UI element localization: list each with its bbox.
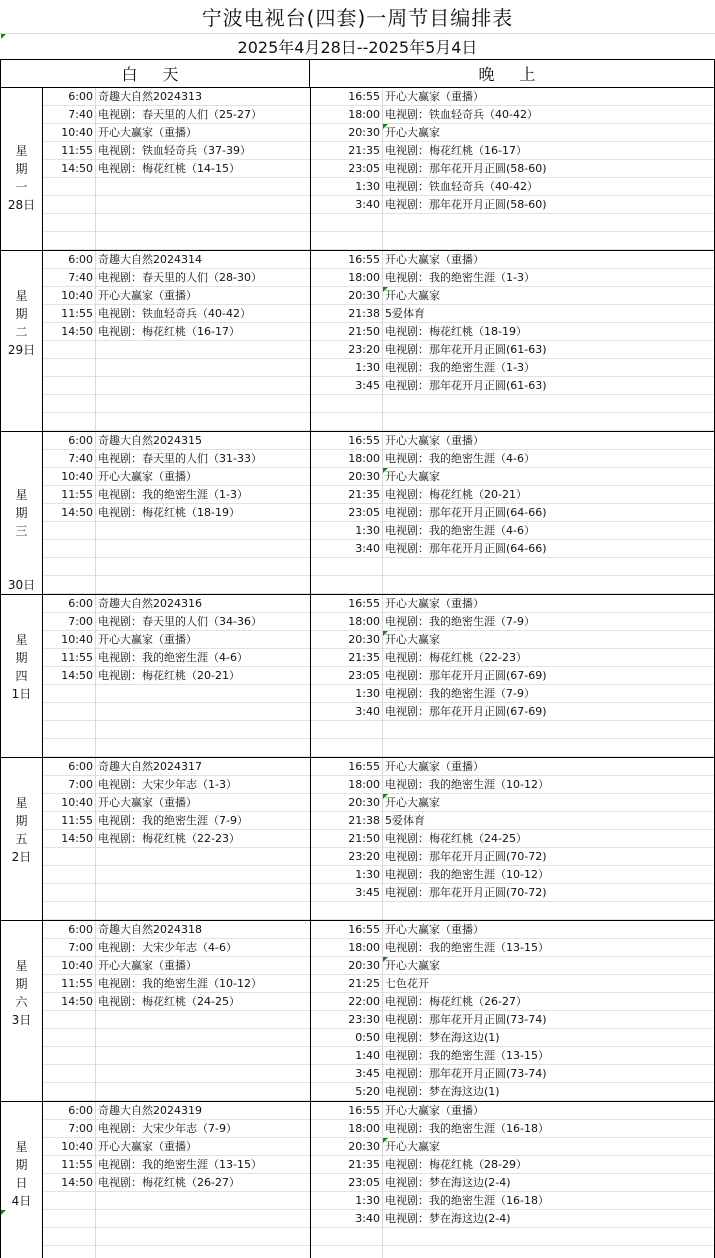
program-name: 电视剧：那年花开月正圆(58-60) (385, 198, 547, 211)
program-cell[interactable]: 开心大赢家（重播） (96, 468, 310, 486)
time-cell[interactable]: 6:00 (43, 1102, 95, 1120)
program-cell[interactable]: 电视剧：梅花红桃（22-23） (383, 649, 714, 667)
time-cell[interactable]: 16:55 (311, 1102, 382, 1120)
empty-cell[interactable] (383, 1228, 714, 1246)
program-cell[interactable]: 电视剧：我的绝密生涯（1-3） (383, 359, 714, 377)
program-cell[interactable]: 电视剧：大宋少年志（1-3） (96, 776, 310, 794)
program-cell[interactable]: 电视剧：我的绝密生涯（10-12） (383, 776, 714, 794)
empty-cell[interactable] (43, 1246, 95, 1258)
program-cell[interactable]: 电视剧：那年花开月正圆(70-72) (383, 848, 714, 866)
program-name: 奇趣大自然2024313 (98, 90, 202, 103)
time-cell[interactable]: 11:55 (43, 305, 95, 323)
empty-cell[interactable] (311, 721, 382, 739)
program-cell[interactable]: 电视剧：我的绝密生涯（7-9） (383, 685, 714, 703)
empty-cell[interactable] (96, 522, 310, 540)
program-cell[interactable]: 电视剧：梅花红桃（20-21） (383, 486, 714, 504)
empty-cell[interactable] (96, 1246, 310, 1258)
empty-cell[interactable] (96, 558, 310, 576)
empty-cell[interactable] (96, 884, 310, 902)
program-cell[interactable]: 开心大赢家（重播） (383, 758, 714, 776)
program-cell[interactable]: 开心大赢家 (383, 124, 714, 142)
time-cell[interactable]: 1:30 (311, 522, 382, 540)
empty-cell[interactable] (43, 522, 95, 540)
time-cell[interactable]: 16:55 (311, 595, 382, 613)
empty-cell[interactable] (96, 178, 310, 196)
program-cell[interactable]: 电视剧：梅花红桃（28-29） (383, 1156, 714, 1174)
empty-cell[interactable] (43, 196, 95, 214)
program-cell[interactable]: 开心大赢家（重播） (96, 794, 310, 812)
program-cell[interactable]: 电视剧：梅花红桃（24-25） (96, 993, 310, 1011)
time-cell[interactable]: 21:25 (311, 975, 382, 993)
time-text: 20:30 (348, 289, 380, 302)
time-text: 20:30 (348, 1140, 380, 1153)
empty-cell[interactable] (96, 395, 310, 413)
program-name: 电视剧：那年花开月正圆(73-74) (385, 1067, 547, 1080)
program-cell[interactable]: 奇趣大自然2024316 (96, 595, 310, 613)
time-text: 21:35 (348, 1158, 380, 1171)
empty-cell[interactable] (383, 1246, 714, 1258)
time-cell[interactable]: 10:40 (43, 957, 95, 975)
empty-cell[interactable] (96, 685, 310, 703)
program-cell[interactable]: 开心大赢家（重播） (383, 251, 714, 269)
empty-cell[interactable] (96, 721, 310, 739)
empty-cell[interactable] (43, 540, 95, 558)
program-cell[interactable]: 开心大赢家（重播） (96, 1138, 310, 1156)
empty-cell[interactable] (383, 721, 714, 739)
time-text: 3:40 (355, 705, 380, 718)
time-cell[interactable]: 3:45 (311, 884, 382, 902)
program-name: 电视剧：我的绝密生涯（13-15） (385, 941, 549, 954)
time-cell[interactable]: 16:55 (311, 432, 382, 450)
time-cell[interactable]: 11:55 (43, 975, 95, 993)
empty-cell[interactable] (43, 721, 95, 739)
empty-cell[interactable] (96, 866, 310, 884)
time-cell[interactable]: 21:35 (311, 142, 382, 160)
time-cell[interactable]: 22:00 (311, 993, 382, 1011)
empty-cell[interactable] (96, 1029, 310, 1047)
time-cell[interactable]: 3:45 (311, 377, 382, 395)
time-cell[interactable]: 18:00 (311, 1120, 382, 1138)
empty-cell[interactable] (383, 232, 714, 250)
time-cell[interactable]: 7:00 (43, 613, 95, 631)
time-cell[interactable]: 3:40 (311, 196, 382, 214)
time-cell[interactable]: 3:40 (311, 703, 382, 721)
empty-cell[interactable] (43, 214, 95, 232)
program-cell[interactable]: 电视剧：那年花开月正圆(73-74) (383, 1011, 714, 1029)
time-cell[interactable]: 21:35 (311, 649, 382, 667)
time-cell[interactable]: 16:55 (311, 921, 382, 939)
time-cell[interactable]: 23:05 (311, 1174, 382, 1192)
time-cell[interactable]: 14:50 (43, 504, 95, 522)
time-cell[interactable]: 21:35 (311, 1156, 382, 1174)
time-cell[interactable]: 1:40 (311, 1047, 382, 1065)
program-cell[interactable]: 电视剧：我的绝密生涯（7-9） (96, 812, 310, 830)
program-cell[interactable]: 电视剧：那年花开月正圆(58-60) (383, 160, 714, 178)
time-cell[interactable]: 20:30 (311, 631, 382, 649)
program-cell[interactable]: 电视剧：梦在海这边(2-4) (383, 1210, 714, 1228)
program-cell[interactable]: 电视剧：铁血轻奇兵（37-39） (96, 142, 310, 160)
time-cell[interactable]: 11:55 (43, 649, 95, 667)
time-cell[interactable]: 18:00 (311, 939, 382, 957)
time-cell[interactable]: 11:55 (43, 142, 95, 160)
time-cell[interactable]: 16:55 (311, 251, 382, 269)
program-cell[interactable]: 开心大赢家（重播） (383, 595, 714, 613)
time-cell[interactable]: 10:40 (43, 631, 95, 649)
program-cell[interactable]: 开心大赢家（重播） (96, 631, 310, 649)
program-cell[interactable]: 电视剧：那年花开月正圆(67-69) (383, 703, 714, 721)
time-text: 20:30 (348, 126, 380, 139)
program-cell[interactable]: 奇趣大自然2024314 (96, 251, 310, 269)
program-name: 开心大赢家 (385, 1140, 440, 1153)
program-name: 开心大赢家（重播） (98, 633, 197, 646)
program-name: 开心大赢家（重播） (98, 1140, 197, 1153)
time-cell[interactable]: 23:05 (311, 504, 382, 522)
empty-cell[interactable] (311, 395, 382, 413)
empty-cell[interactable] (311, 232, 382, 250)
time-cell[interactable]: 3:40 (311, 540, 382, 558)
empty-cell[interactable] (311, 214, 382, 232)
empty-cell[interactable] (96, 739, 310, 757)
program-cell[interactable]: 电视剧：那年花开月正圆(61-63) (383, 377, 714, 395)
empty-cell[interactable] (43, 377, 95, 395)
empty-cell[interactable] (96, 540, 310, 558)
empty-cell[interactable] (311, 413, 382, 431)
time-cell[interactable]: 7:40 (43, 106, 95, 124)
evening-program-column: 开心大赢家（重播）电视剧：我的绝密生涯（1-3）开心大赢家5爱体育电视剧：梅花红… (383, 251, 714, 431)
time-cell[interactable]: 6:00 (43, 88, 95, 106)
empty-cell[interactable] (43, 703, 95, 721)
time-cell[interactable]: 6:00 (43, 432, 95, 450)
empty-cell[interactable] (43, 232, 95, 250)
time-cell[interactable]: 14:50 (43, 160, 95, 178)
time-cell[interactable]: 21:50 (311, 323, 382, 341)
program-cell[interactable]: 电视剧：我的绝密生涯（1-3） (96, 486, 310, 504)
program-name: 电视剧：春天里的人们（28-30） (98, 271, 262, 284)
empty-cell[interactable] (383, 395, 714, 413)
program-cell[interactable]: 开心大赢家（重播） (96, 957, 310, 975)
program-cell[interactable]: 电视剧：春天里的人们（28-30） (96, 269, 310, 287)
empty-cell[interactable] (96, 341, 310, 359)
empty-cell[interactable] (43, 1228, 95, 1246)
empty-cell[interactable] (311, 576, 382, 594)
program-cell[interactable]: 电视剧：我的绝密生涯（10-12） (383, 866, 714, 884)
empty-cell[interactable] (43, 739, 95, 757)
weekday-char: 星 (1, 486, 42, 504)
program-name: 电视剧：梅花红桃（14-15） (98, 162, 240, 175)
program-cell[interactable]: 七色花开 (383, 975, 714, 993)
time-cell[interactable]: 10:40 (43, 1138, 95, 1156)
empty-cell[interactable] (96, 1228, 310, 1246)
program-cell[interactable]: 奇趣大自然2024313 (96, 88, 310, 106)
empty-cell[interactable] (311, 1228, 382, 1246)
program-cell[interactable]: 电视剧：那年花开月正圆(64-66) (383, 540, 714, 558)
empty-cell[interactable] (96, 196, 310, 214)
program-cell[interactable]: 奇趣大自然2024318 (96, 921, 310, 939)
time-cell[interactable]: 23:20 (311, 341, 382, 359)
time-text: 10:40 (61, 126, 93, 139)
time-cell[interactable]: 0:50 (311, 1029, 382, 1047)
time-cell[interactable]: 6:00 (43, 758, 95, 776)
program-cell[interactable]: 奇趣大自然2024315 (96, 432, 310, 450)
time-cell[interactable]: 7:40 (43, 450, 95, 468)
program-cell[interactable]: 奇趣大自然2024319 (96, 1102, 310, 1120)
empty-cell[interactable] (43, 413, 95, 431)
empty-cell[interactable] (96, 1047, 310, 1065)
cell-comment-marker-icon (383, 124, 388, 129)
empty-cell[interactable] (43, 884, 95, 902)
empty-cell[interactable] (43, 1029, 95, 1047)
time-cell[interactable]: 16:55 (311, 758, 382, 776)
program-cell[interactable]: 电视剧：大宋少年志（4-6） (96, 939, 310, 957)
program-cell[interactable]: 电视剧：那年花开月正圆(58-60) (383, 196, 714, 214)
empty-cell[interactable] (43, 1083, 95, 1101)
program-cell[interactable]: 奇趣大自然2024317 (96, 758, 310, 776)
empty-cell[interactable] (383, 576, 714, 594)
empty-cell[interactable] (43, 1210, 95, 1228)
program-cell[interactable]: 电视剧：我的绝密生涯（16-18） (383, 1120, 714, 1138)
time-cell[interactable]: 1:30 (311, 866, 382, 884)
program-cell[interactable]: 开心大赢家（重播） (96, 287, 310, 305)
weekday-cell: 星期二29日 (1, 251, 43, 431)
time-cell[interactable]: 14:50 (43, 1174, 95, 1192)
program-name: 电视剧：梅花红桃（22-23） (385, 651, 527, 664)
time-cell[interactable]: 5:20 (311, 1083, 382, 1101)
empty-cell[interactable] (96, 1065, 310, 1083)
time-cell[interactable]: 20:30 (311, 124, 382, 142)
empty-cell[interactable] (383, 214, 714, 232)
empty-cell[interactable] (96, 703, 310, 721)
time-cell[interactable]: 10:40 (43, 124, 95, 142)
empty-cell[interactable] (43, 1065, 95, 1083)
program-cell[interactable]: 开心大赢家（重播） (383, 88, 714, 106)
program-cell[interactable]: 5爱体育 (383, 812, 714, 830)
empty-cell[interactable] (43, 341, 95, 359)
time-cell[interactable]: 11:55 (43, 812, 95, 830)
program-cell[interactable]: 开心大赢家 (383, 468, 714, 486)
program-cell[interactable]: 电视剧：那年花开月正圆(61-63) (383, 341, 714, 359)
empty-cell[interactable] (96, 902, 310, 920)
empty-cell[interactable] (43, 848, 95, 866)
program-cell[interactable]: 电视剧：我的绝密生涯（10-12） (96, 975, 310, 993)
empty-cell[interactable] (96, 413, 310, 431)
time-cell[interactable]: 1:30 (311, 1192, 382, 1210)
program-cell[interactable]: 电视剧：梅花红桃（26-27） (383, 993, 714, 1011)
time-cell[interactable]: 20:30 (311, 287, 382, 305)
time-text: 11:55 (61, 977, 93, 990)
program-cell[interactable]: 开心大赢家 (383, 287, 714, 305)
time-text: 6:00 (68, 90, 93, 103)
empty-cell[interactable] (43, 395, 95, 413)
time-cell[interactable]: 10:40 (43, 468, 95, 486)
program-cell[interactable]: 电视剧：我的绝密生涯（16-18） (383, 1192, 714, 1210)
program-cell[interactable]: 电视剧：春天里的人们（31-33） (96, 450, 310, 468)
time-cell[interactable]: 18:00 (311, 776, 382, 794)
time-cell[interactable]: 10:40 (43, 794, 95, 812)
time-cell[interactable]: 20:30 (311, 1138, 382, 1156)
program-cell[interactable]: 电视剧：我的绝密生涯（13-15） (383, 1047, 714, 1065)
program-cell[interactable]: 电视剧：那年花开月正圆(73-74) (383, 1065, 714, 1083)
program-name: 电视剧：梅花红桃（22-23） (98, 832, 240, 845)
program-cell[interactable]: 电视剧：梅花红桃（22-23） (96, 830, 310, 848)
time-cell[interactable]: 21:50 (311, 830, 382, 848)
program-cell[interactable]: 电视剧：那年花开月正圆(67-69) (383, 667, 714, 685)
empty-cell[interactable] (383, 902, 714, 920)
program-name: 开心大赢家（重播） (98, 959, 197, 972)
time-cell[interactable]: 20:30 (311, 957, 382, 975)
program-cell[interactable]: 开心大赢家 (383, 794, 714, 812)
time-cell[interactable]: 23:30 (311, 1011, 382, 1029)
program-cell[interactable]: 电视剧：我的绝密生涯（4-6） (383, 522, 714, 540)
program-cell[interactable]: 电视剧：铁血轻奇兵（40-42） (383, 178, 714, 196)
empty-cell[interactable] (43, 866, 95, 884)
program-cell[interactable]: 电视剧：梅花红桃（20-21） (96, 667, 310, 685)
empty-cell[interactable] (96, 214, 310, 232)
time-cell[interactable]: 18:00 (311, 106, 382, 124)
empty-cell[interactable] (383, 739, 714, 757)
daytime-time-column: 6:007:4010:4011:5514:50 (43, 251, 96, 431)
time-cell[interactable]: 23:05 (311, 667, 382, 685)
program-cell[interactable]: 电视剧：梅花红桃（24-25） (383, 830, 714, 848)
empty-cell[interactable] (96, 1083, 310, 1101)
cell-comment-marker-icon (383, 1138, 388, 1143)
empty-cell[interactable] (43, 178, 95, 196)
empty-cell[interactable] (96, 1192, 310, 1210)
time-cell[interactable]: 20:30 (311, 468, 382, 486)
empty-cell[interactable] (96, 576, 310, 594)
empty-cell[interactable] (43, 1192, 95, 1210)
time-text: 14:50 (61, 325, 93, 338)
empty-cell[interactable] (96, 848, 310, 866)
time-text: 20:30 (348, 633, 380, 646)
time-cell[interactable]: 3:40 (311, 1210, 382, 1228)
empty-cell[interactable] (311, 558, 382, 576)
time-cell[interactable]: 1:30 (311, 685, 382, 703)
time-cell[interactable]: 21:38 (311, 812, 382, 830)
program-cell[interactable]: 电视剧：我的绝密生涯（13-15） (96, 1156, 310, 1174)
program-cell[interactable]: 开心大赢家 (383, 1138, 714, 1156)
program-cell[interactable]: 电视剧：梦在海这边(2-4) (383, 1174, 714, 1192)
program-cell[interactable]: 电视剧：那年花开月正圆(70-72) (383, 884, 714, 902)
program-name: 电视剧：梅花红桃（20-21） (385, 488, 527, 501)
program-cell[interactable]: 电视剧：梅花红桃（18-19） (96, 504, 310, 522)
program-cell[interactable]: 开心大赢家（重播） (96, 124, 310, 142)
program-cell[interactable]: 电视剧：大宋少年志（7-9） (96, 1120, 310, 1138)
time-cell[interactable]: 14:50 (43, 993, 95, 1011)
program-cell[interactable]: 开心大赢家 (383, 957, 714, 975)
weekday-char: 星 (1, 794, 42, 812)
time-cell[interactable]: 6:00 (43, 595, 95, 613)
empty-cell[interactable] (96, 1011, 310, 1029)
program-cell[interactable]: 开心大赢家（重播） (383, 921, 714, 939)
program-cell[interactable]: 开心大赢家（重播） (383, 432, 714, 450)
time-cell[interactable]: 10:40 (43, 287, 95, 305)
time-cell[interactable]: 20:30 (311, 794, 382, 812)
program-cell[interactable]: 电视剧：我的绝密生涯（7-9） (383, 613, 714, 631)
empty-cell[interactable] (43, 1047, 95, 1065)
time-cell[interactable]: 7:00 (43, 1120, 95, 1138)
time-cell[interactable]: 21:35 (311, 486, 382, 504)
program-cell[interactable]: 电视剧：梅花红桃（14-15） (96, 160, 310, 178)
empty-cell[interactable] (311, 739, 382, 757)
empty-cell[interactable] (43, 1011, 95, 1029)
program-cell[interactable]: 电视剧：铁血轻奇兵（40-42） (96, 305, 310, 323)
time-text: 11:55 (61, 1158, 93, 1171)
empty-cell[interactable] (43, 359, 95, 377)
program-cell[interactable]: 开心大赢家（重播） (383, 1102, 714, 1120)
program-cell[interactable]: 电视剧：我的绝密生涯（4-6） (383, 450, 714, 468)
daytime-time-column: 6:007:0010:4011:5514:50 (43, 758, 96, 920)
time-cell[interactable]: 14:50 (43, 323, 95, 341)
program-cell[interactable]: 电视剧：梅花红桃（16-17） (383, 142, 714, 160)
time-cell[interactable]: 23:05 (311, 160, 382, 178)
time-cell[interactable]: 1:30 (311, 178, 382, 196)
time-cell[interactable]: 18:00 (311, 613, 382, 631)
time-cell[interactable]: 7:40 (43, 269, 95, 287)
empty-cell[interactable] (96, 377, 310, 395)
empty-cell[interactable] (311, 902, 382, 920)
time-cell[interactable]: 7:00 (43, 776, 95, 794)
program-cell[interactable]: 开心大赢家 (383, 631, 714, 649)
program-cell[interactable]: 电视剧：我的绝密生涯（13-15） (383, 939, 714, 957)
program-cell[interactable]: 电视剧：铁血轻奇兵（40-42） (383, 106, 714, 124)
empty-cell[interactable] (96, 359, 310, 377)
program-cell[interactable]: 电视剧：我的绝密生涯（1-3） (383, 269, 714, 287)
program-cell[interactable]: 电视剧：春天里的人们（34-36） (96, 613, 310, 631)
empty-cell[interactable] (43, 685, 95, 703)
program-cell[interactable]: 电视剧：春天里的人们（25-27） (96, 106, 310, 124)
program-cell[interactable]: 电视剧：梦在海这边(1) (383, 1083, 714, 1101)
empty-cell[interactable] (383, 413, 714, 431)
day-date: 1日 (1, 685, 42, 703)
program-cell[interactable]: 5爱体育 (383, 305, 714, 323)
program-cell[interactable]: 电视剧：梅花红桃（16-17） (96, 323, 310, 341)
time-cell[interactable]: 3:45 (311, 1065, 382, 1083)
empty-cell[interactable] (43, 576, 95, 594)
time-cell[interactable]: 18:00 (311, 450, 382, 468)
empty-cell[interactable] (43, 558, 95, 576)
time-text: 14:50 (61, 1176, 93, 1189)
time-cell[interactable]: 11:55 (43, 486, 95, 504)
empty-cell[interactable] (43, 902, 95, 920)
program-name: 电视剧：铁血轻奇兵（40-42） (385, 108, 538, 121)
time-cell[interactable]: 18:00 (311, 269, 382, 287)
empty-cell[interactable] (96, 232, 310, 250)
time-cell[interactable]: 14:50 (43, 667, 95, 685)
empty-cell[interactable] (96, 1210, 310, 1228)
time-cell[interactable]: 14:50 (43, 830, 95, 848)
time-cell[interactable]: 16:55 (311, 88, 382, 106)
time-cell[interactable]: 1:30 (311, 359, 382, 377)
program-cell[interactable]: 电视剧：那年花开月正圆(64-66) (383, 504, 714, 522)
time-cell[interactable]: 6:00 (43, 251, 95, 269)
time-cell[interactable]: 6:00 (43, 921, 95, 939)
weekday-char: 五 (1, 830, 42, 848)
program-cell[interactable]: 电视剧：我的绝密生涯（4-6） (96, 649, 310, 667)
program-cell[interactable]: 电视剧：梅花红桃（26-27） (96, 1174, 310, 1192)
program-cell[interactable]: 电视剧：梦在海这边(1) (383, 1029, 714, 1047)
empty-cell[interactable] (311, 1246, 382, 1258)
daytime-program-column: 奇趣大自然2024319电视剧：大宋少年志（7-9）开心大赢家（重播）电视剧：我… (96, 1102, 311, 1258)
time-cell[interactable]: 7:00 (43, 939, 95, 957)
empty-cell[interactable] (383, 558, 714, 576)
time-text: 6:00 (68, 1104, 93, 1117)
time-cell[interactable]: 21:38 (311, 305, 382, 323)
program-cell[interactable]: 电视剧：梅花红桃（18-19） (383, 323, 714, 341)
time-cell[interactable]: 23:20 (311, 848, 382, 866)
weekday-char: 星 (1, 142, 42, 160)
program-name: 5爱体育 (385, 307, 425, 320)
time-cell[interactable]: 11:55 (43, 1156, 95, 1174)
